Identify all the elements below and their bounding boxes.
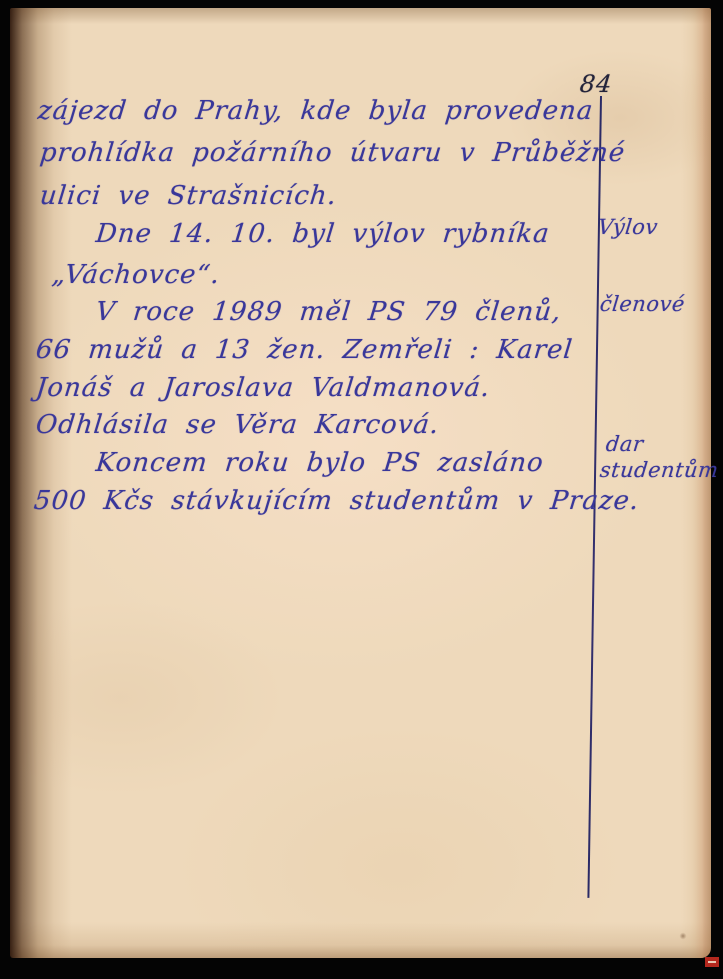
margin-note: dar (605, 432, 645, 456)
handwritten-line: 66 mužů a 13 žen. Zemřeli : Karel (34, 335, 574, 365)
handwritten-line: Jonáš a Jaroslava Valdmanová. (34, 373, 491, 403)
page: 84 zájezd do Prahy, kde byla provedena p… (10, 8, 711, 958)
handwritten-line: V roce 1989 měl PS 79 členů, (94, 297, 562, 327)
handwritten-line: Koncem roku bylo PS zasláno (94, 448, 545, 478)
handwritten-line: „Váchovce“. (50, 260, 221, 290)
handwritten-line: zájezd do Prahy, kde byla provedena (36, 96, 594, 126)
handwritten-line: Dne 14. 10. byl výlov rybníka (94, 219, 551, 249)
page-number: 84 (579, 70, 614, 98)
handwritten-line: Odhlásila se Věra Karcová. (34, 410, 440, 440)
margin-note: studentům (599, 458, 720, 482)
margin-note: Výlov (597, 215, 659, 239)
red-marker-stripe (708, 961, 716, 963)
scanned-book-photo: { "document": { "type": "handwritten-chr… (0, 0, 723, 979)
scan-artifact-red-marker-icon (705, 957, 719, 967)
handwritten-line: ulici ve Strašnicích. (38, 181, 338, 211)
handwritten-line: 500 Kčs stávkujícím studentům v Praze. (32, 486, 640, 516)
margin-note: členové (599, 292, 686, 316)
handwritten-line: prohlídka požárního útvaru v Průběžné (38, 138, 626, 168)
